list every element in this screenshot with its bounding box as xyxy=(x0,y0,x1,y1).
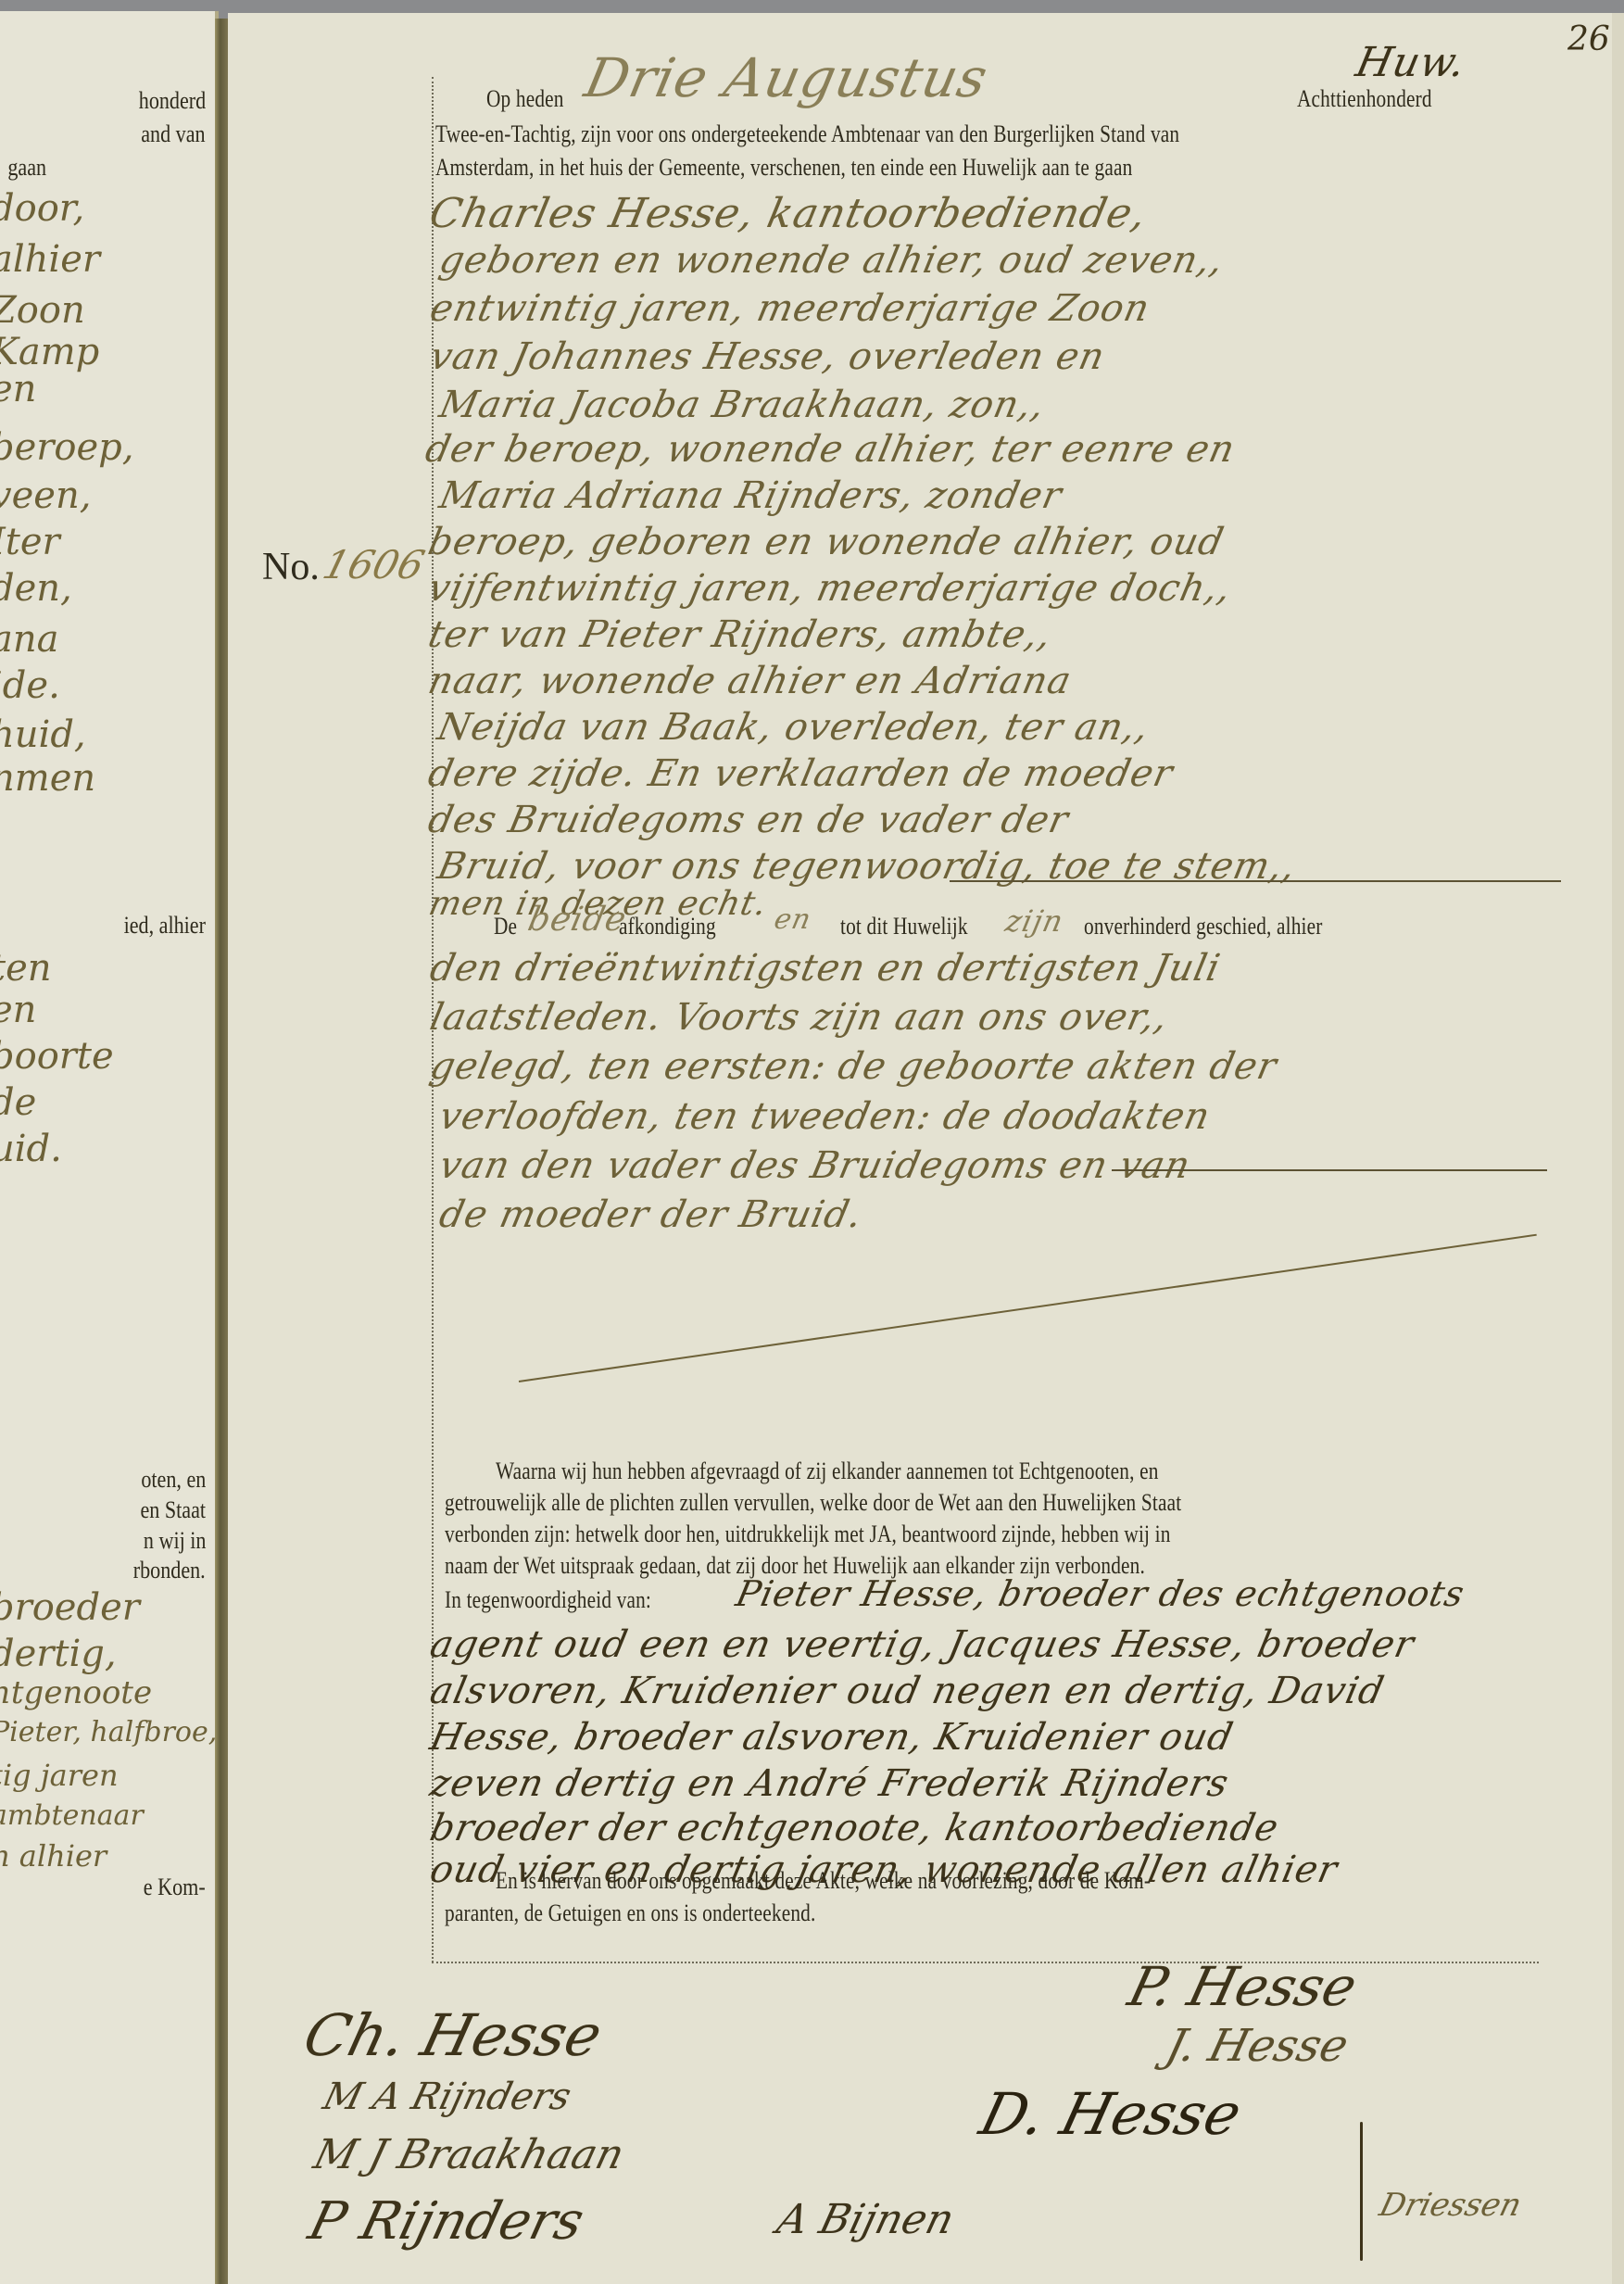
witness-line: Hesse, broeder alsvoren, Kruidenier oud xyxy=(426,1716,1237,1759)
marriage-date: Drie Augustus xyxy=(580,46,994,109)
left-handwritten-fragment: en xyxy=(0,368,36,410)
closing-line: paranten, de Getuigen en ons is ondertee… xyxy=(445,1899,815,1927)
intro-line-3: Amsterdam, in het huis der Gemeente, ver… xyxy=(435,154,1132,182)
parties-line: beroep, geboren en wonende alhier, oud xyxy=(424,521,1227,563)
declaration-line: Waarna wij hun hebben afgevraagd of zij … xyxy=(496,1457,1159,1485)
left-handwritten-fragment: Iter xyxy=(0,521,60,563)
closing-stroke xyxy=(950,880,1561,882)
left-handwritten-fragment: ten xyxy=(0,947,52,990)
parties-line: Neijda van Baak, overleden, ter an,, xyxy=(434,706,1153,749)
margin-rule-horizontal xyxy=(432,1962,1539,1963)
witness-line: zeven dertig en André Frederik Rijnders xyxy=(426,1762,1232,1805)
proclamation-end: onverhinderd geschied, alhier xyxy=(1084,913,1323,940)
groom-line: Charles Hesse, kantoorbediende, xyxy=(425,190,1151,237)
previous-page-edge: honderd and van gaan door, alhier Zoon K… xyxy=(0,11,219,2284)
left-handwritten-fragment: Zoon xyxy=(0,289,85,332)
proclamation-afkondiging: afkondiging xyxy=(619,913,716,940)
parties-line: naar, wonende alhier en Adriana xyxy=(424,660,1076,702)
parties-line: der beroep, wonende alhier, ter eenre en xyxy=(422,428,1239,471)
closing-stroke xyxy=(1112,1169,1547,1171)
signature: A Bijnen xyxy=(773,2196,959,2243)
left-printed-fragment: rbonden. xyxy=(133,1557,206,1584)
signature: M J Braakhaan xyxy=(309,2131,629,2178)
proclamation-de: De xyxy=(494,913,517,940)
page-number: 26 xyxy=(1567,20,1610,58)
left-handwritten-fragment: de xyxy=(0,1081,36,1124)
proclamation-line: verloofden, ten tweeden: de doodakten xyxy=(435,1095,1214,1138)
signature-brace xyxy=(1360,2122,1363,2261)
left-handwritten-fragment: ana xyxy=(0,618,58,661)
intro-year-start: Achttienhonderd xyxy=(1297,85,1432,113)
declaration-line: getrouwelijk alle de plichten zullen ver… xyxy=(445,1489,1181,1517)
act-number: 1606 xyxy=(318,542,429,587)
witness-line-first: Pieter Hesse, broeder des echtgenoots xyxy=(733,1573,1468,1614)
closing-line: En is hiervan door ons opgemaakt deze Ak… xyxy=(496,1867,1151,1895)
proclamation-hand-2: en xyxy=(772,903,815,936)
left-handwritten-fragment: den, xyxy=(0,567,72,610)
left-printed-fragment: oten, en xyxy=(141,1466,206,1494)
left-printed-fragment: and van xyxy=(142,120,206,148)
proclamation-line: den drieëntwintigsten en dertigsten Juli xyxy=(426,947,1224,990)
parties-line: vijfentwintig jaren, meerderjarige doch,… xyxy=(424,567,1235,610)
left-handwritten-fragment: nmen xyxy=(0,757,95,800)
signature: D. Hesse xyxy=(974,2080,1248,2148)
proclamation-hand-1: beide xyxy=(524,901,630,939)
parties-line: geboren en wonende alhier, oud zeven,, xyxy=(435,239,1227,282)
left-printed-fragment: n wij in xyxy=(143,1527,206,1555)
left-handwritten-fragment: broeder xyxy=(0,1586,140,1629)
left-handwritten-fragment: veen, xyxy=(0,474,91,517)
proclamation-line: gelegd, ten eersten: de geboorte akten d… xyxy=(426,1045,1280,1088)
proclamation-line: van den vader des Bruidegoms en van xyxy=(435,1144,1194,1187)
act-number-label: No. xyxy=(262,545,320,589)
proclamation-hand-3: zijn xyxy=(1002,903,1067,939)
parties-line: des Bruidegoms en de vader der xyxy=(424,799,1073,841)
parties-line: ter van Pieter Rijnders, ambte,, xyxy=(424,613,1055,656)
bride-line: Maria Adriana Rijnders, zonder xyxy=(435,474,1065,517)
left-handwritten-fragment: door, xyxy=(0,187,84,230)
intro-line-2: Twee-en-Tachtig, zijn voor ons ondergete… xyxy=(435,120,1179,148)
parties-line: dere zijde. En verklaarden de moeder xyxy=(424,752,1177,795)
signature: Driessen xyxy=(1376,2187,1525,2224)
left-handwritten-fragment: dertig, xyxy=(0,1633,117,1675)
left-handwritten-fragment: huid, xyxy=(0,713,86,756)
signature: M A Rijnders xyxy=(319,2076,575,2118)
witnesses-label: In tegenwoordigheid van: xyxy=(445,1586,651,1614)
witness-line: alsvoren, Kruidenier oud negen en dertig… xyxy=(426,1670,1388,1712)
left-printed-fragment: honderd xyxy=(139,87,206,115)
left-handwritten-fragment: n alhier xyxy=(0,1838,107,1874)
left-handwritten-fragment: Pieter, halfbroe, xyxy=(0,1716,217,1748)
left-printed-fragment: e Kom- xyxy=(144,1874,206,1901)
left-handwritten-fragment: ambtenaar xyxy=(0,1799,144,1832)
parties-line: Maria Jacoba Braakhaan, zon,, xyxy=(435,384,1049,426)
parties-line: van Johannes Hesse, overleden en xyxy=(426,335,1109,378)
declaration-line: verbonden zijn: hetwelk door hen, uitdru… xyxy=(445,1521,1171,1548)
left-handwritten-fragment: uid. xyxy=(0,1128,62,1170)
signature: J. Hesse xyxy=(1161,2020,1353,2072)
proclamation-line: de moeder der Bruid. xyxy=(435,1193,866,1236)
left-handwritten-fragment: boorte xyxy=(0,1035,114,1078)
parties-line: entwintig jaren, meerderjarige Zoon xyxy=(426,287,1153,330)
witness-line: broeder der echtgenoote, kantoorbediende xyxy=(426,1807,1282,1849)
witness-line: agent oud een en veertig, Jacques Hesse,… xyxy=(426,1623,1418,1666)
left-handwritten-fragment: beroep, xyxy=(0,426,133,469)
proclamation-line: laatstleden. Voorts zijn aan ons over,, xyxy=(426,996,1172,1039)
book-gutter xyxy=(215,19,228,2284)
signature: Ch. Hesse xyxy=(297,2001,609,2069)
proclamation-tot-dit: tot dit Huwelijk xyxy=(840,913,968,940)
left-handwritten-fragment: en xyxy=(0,989,36,1031)
left-handwritten-fragment: tig jaren xyxy=(0,1758,119,1793)
left-handwritten-fragment: htgenoote xyxy=(0,1674,152,1711)
signature: P. Hesse xyxy=(1123,1955,1364,2018)
left-printed-fragment: gaan xyxy=(7,154,46,182)
signature: P Rijnders xyxy=(303,2191,590,2252)
corner-annotation: Huw. xyxy=(1352,39,1470,86)
left-printed-fragment: ied, alhier xyxy=(124,912,206,940)
intro-op-heden: Op heden xyxy=(486,85,564,113)
left-handwritten-fragment: ide. xyxy=(0,664,60,707)
left-printed-fragment: en Staat xyxy=(140,1496,206,1524)
left-handwritten-fragment: alhier xyxy=(0,238,100,281)
